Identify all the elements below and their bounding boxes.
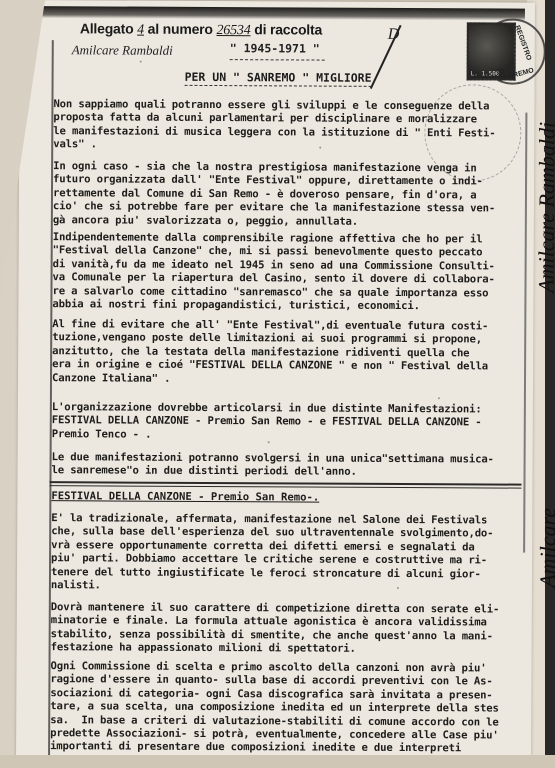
photocopy-speck <box>397 587 399 589</box>
photocopy-speck <box>438 397 440 399</box>
paragraph-1: Non sappiamo quali potranno essere gli s… <box>53 98 528 154</box>
section-divider-bottom <box>49 485 521 488</box>
author-signature-stamp: Amilcare Rambaldi <box>72 42 173 59</box>
photocopy-speck <box>140 61 142 63</box>
section-heading: FESTIVAL DELLA CANZONE - Premio San Remo… <box>51 490 319 503</box>
notary-annex-header: Allegato 4 al numero 26534 di raccolta <box>80 20 322 39</box>
years-underline <box>230 59 325 60</box>
folded-paper-corner <box>0 0 45 300</box>
photocopy-speck <box>319 147 321 149</box>
numero-value: 26534 <box>216 23 250 38</box>
allegato-number: 4 <box>137 23 144 38</box>
photocopy-dark-band <box>40 6 525 21</box>
page-bottom-edge <box>0 755 555 768</box>
document-title: PER UN " SANREMO " MIGLIORE <box>185 70 372 87</box>
paragraph-6: Le due manifestazioni potranno svolgersi… <box>51 451 526 480</box>
paragraph-2: In ogni caso - sia che la nostra prestig… <box>53 160 528 230</box>
stamp-value: L. 1.500 <box>471 70 500 77</box>
numero-label: al numero <box>148 21 213 37</box>
margin-signature-lower: Amilcare <box>535 508 555 588</box>
typewritten-page: Allegato 4 al numero 26534 di raccolta A… <box>16 0 535 768</box>
handwritten-initial: D <box>388 26 400 44</box>
paragraph-3: Indipendentemente dalla comprensibile ra… <box>52 231 527 314</box>
section-paragraph-2: Dovrà mantenere il suo carattere di comp… <box>51 601 526 657</box>
section-paragraph-1: E' la tradizionale, affermata, manifesta… <box>51 512 526 595</box>
paragraph-4: Al fine di evitare che all' "Ente Festiv… <box>52 318 527 388</box>
paragraph-5: L'organizzazione dovrebbe articolarsi in… <box>52 401 527 444</box>
photocopy-speck <box>268 441 270 443</box>
raccolta-label: di raccolta <box>254 21 322 37</box>
years-range: " 1945-1971 " <box>230 41 320 55</box>
section-paragraph-3: Ogni Commissione di scelta e primo ascol… <box>50 660 525 756</box>
allegato-label: Allegato <box>80 20 134 36</box>
margin-signature-upper: Amilcare Rambaldi <box>533 122 555 293</box>
